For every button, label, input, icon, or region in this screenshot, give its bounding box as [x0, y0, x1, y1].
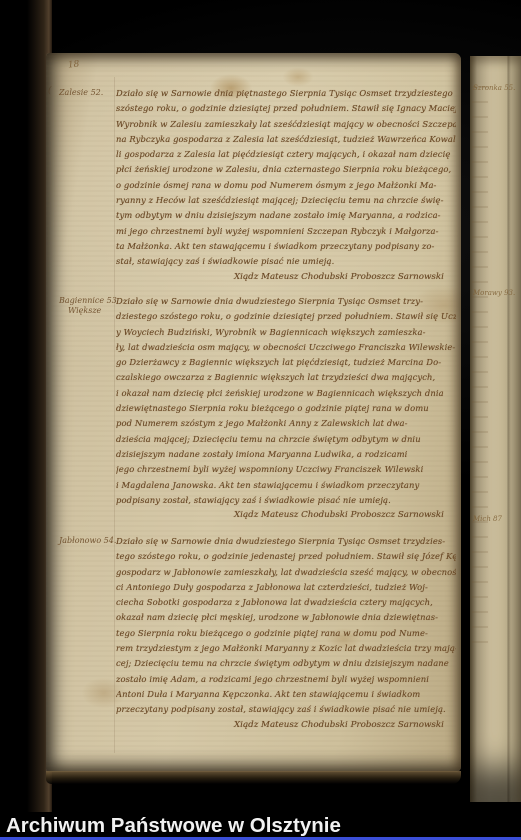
record-line: płci żeńskiej urodzone w Zalesiu, dnia c… [116, 162, 456, 177]
record-body: Działo się w Sarnowie dnia piętnastego S… [116, 86, 456, 285]
archive-caption: Archiwum Państwowe w Olsztynie [0, 812, 521, 840]
priest-signature: Xiądz Mateusz Chodubski Proboszcz Sarnow… [116, 718, 456, 733]
record-line: Działo się w Sarnowie dnia piętnastego S… [116, 86, 456, 101]
facing-page-margin-fragment: Szronka 55. [473, 84, 520, 92]
book-cover-spine [0, 0, 52, 812]
record-line: dziestego szóstego roku, o godzinie dzie… [116, 309, 456, 324]
record-line: jego chrzestnemi byli wyżej wspomniony U… [116, 462, 456, 477]
record-line: tego szóstego roku, o godzinie jedenaste… [116, 549, 456, 564]
margin-place-number-line2: Większe [59, 306, 117, 316]
record-line: Antoni Duła i Maryanna Kępczonka. Akt te… [116, 687, 456, 702]
record-line: czalskiego owczarza z Bagiennic większyc… [116, 370, 456, 385]
record-line: rem trzydziestym z jego Małżonki Maryann… [116, 641, 456, 656]
facing-page-margin-fragment: Mich 87 [473, 515, 520, 523]
record-line: li gospodarza z Zalesia lat pięćdziesiąt… [116, 147, 456, 162]
margin-rule-line [114, 77, 115, 753]
record-line: o godzinie ósmej rana w domu pod Numerem… [116, 178, 456, 193]
record-line: i Magdalena Janowska. Akt ten stawiające… [116, 478, 456, 493]
record-line: cej; Dziecięciu temu na chrzcie świętym … [116, 656, 456, 671]
book-bottom-edge [46, 771, 461, 784]
record-line: dzieścia mającej; Dziecięciu temu na chr… [116, 432, 456, 447]
record-line: na Rybczyka gospodarza z Zalesia lat sze… [116, 132, 456, 147]
record-line: dziewiętnastego Sierpnia roku bieżącego … [116, 401, 456, 416]
record-line: ryanny z Heców lat sześćdziesiąt mającej… [116, 193, 456, 208]
record-line: Działo się w Sarnowie dnia dwudziestego … [116, 294, 456, 309]
record-line: mi jego chrzestnemi byli wyżej wspomnien… [116, 224, 456, 239]
record-line: i okazał nam dziecię płci żeńskiej urodz… [116, 386, 456, 401]
record-line: tego Sierpnia roku bieżącego o godzinie … [116, 626, 456, 641]
record-line: okazał nam dziecię płci męskiej, urodzon… [116, 610, 456, 625]
facing-page-edge: Szronka 55. Morawy 93. Mich 87 [470, 56, 521, 802]
record-margin-note: Zalesie 52. [59, 88, 117, 98]
record-line: go Dzierżawcy z Bagiennic większych lat … [116, 355, 456, 370]
record-line: ły, lat dwadzieścia osm mający, w obecno… [116, 340, 456, 355]
record-line: podpisany został, stawiający zaś i świad… [116, 493, 456, 508]
record-line: ci Antoniego Duły gospodarza z Jabłonowa… [116, 580, 456, 595]
record-body: Działo się w Sarnowie dnia dwudziestego … [116, 534, 456, 733]
record-line: dzisiejszym nadane zostały imiona Maryan… [116, 447, 456, 462]
ink-edge-mark: ( [48, 86, 52, 96]
record-line: szóstego roku, o godzinie dziesiątej prz… [116, 101, 456, 116]
record-line: stał, stawiający zaś i świadkowie pisać … [116, 254, 456, 269]
record-margin-note: Jabłonowo 54. [59, 536, 117, 546]
record-line: ta Małżonka. Akt ten stawającemu i świad… [116, 239, 456, 254]
record-line: Działo się w Sarnowie dnia dwudziestego … [116, 534, 456, 549]
margin-place-number: Bagiennice 53 [59, 296, 117, 305]
record-line: Wyrobnik w Zalesiu zamieszkały lat sześć… [116, 117, 456, 132]
record-line: y Woyciech Budziński, Wyrobnik w Bagienn… [116, 325, 456, 340]
record-margin-note: Bagiennice 53 Większe [59, 296, 117, 316]
page-number: 18 [68, 59, 80, 70]
record-line: ciecha Sobotki gospodarza z Jabłonowa la… [116, 595, 456, 610]
facing-page-margin-fragment: Morawy 93. [473, 289, 520, 297]
record-body: Działo się w Sarnowie dnia dwudziestego … [116, 294, 456, 523]
record-line: zostało imię Adam, a rodzicami jego chrz… [116, 672, 456, 687]
manuscript-page: 18 ( Zalesie 52. Działo się w Sarnowie d… [46, 53, 461, 772]
priest-signature: Xiądz Mateusz Chodubski Proboszcz Sarnow… [116, 508, 456, 523]
record-line: pod Numerem szóstym z jego Małżonki Anny… [116, 416, 456, 431]
archive-scan-viewer: 18 ( Zalesie 52. Działo się w Sarnowie d… [0, 0, 521, 840]
margin-place-number: Zalesie 52. [59, 88, 103, 97]
caption-bar: Archiwum Państwowe w Olsztynie [0, 812, 521, 837]
record-line: przeczytany podpisany został, stawiający… [116, 702, 456, 717]
priest-signature: Xiądz Mateusz Chodubski Proboszcz Sarnow… [116, 270, 456, 285]
record-line: tym odbytym w dniu dzisiejszym nadane zo… [116, 208, 456, 223]
margin-place-number: Jabłonowo 54. [59, 536, 116, 545]
record-line: gospodarz w Jabłonowie zamieszkały, lat … [116, 565, 456, 580]
